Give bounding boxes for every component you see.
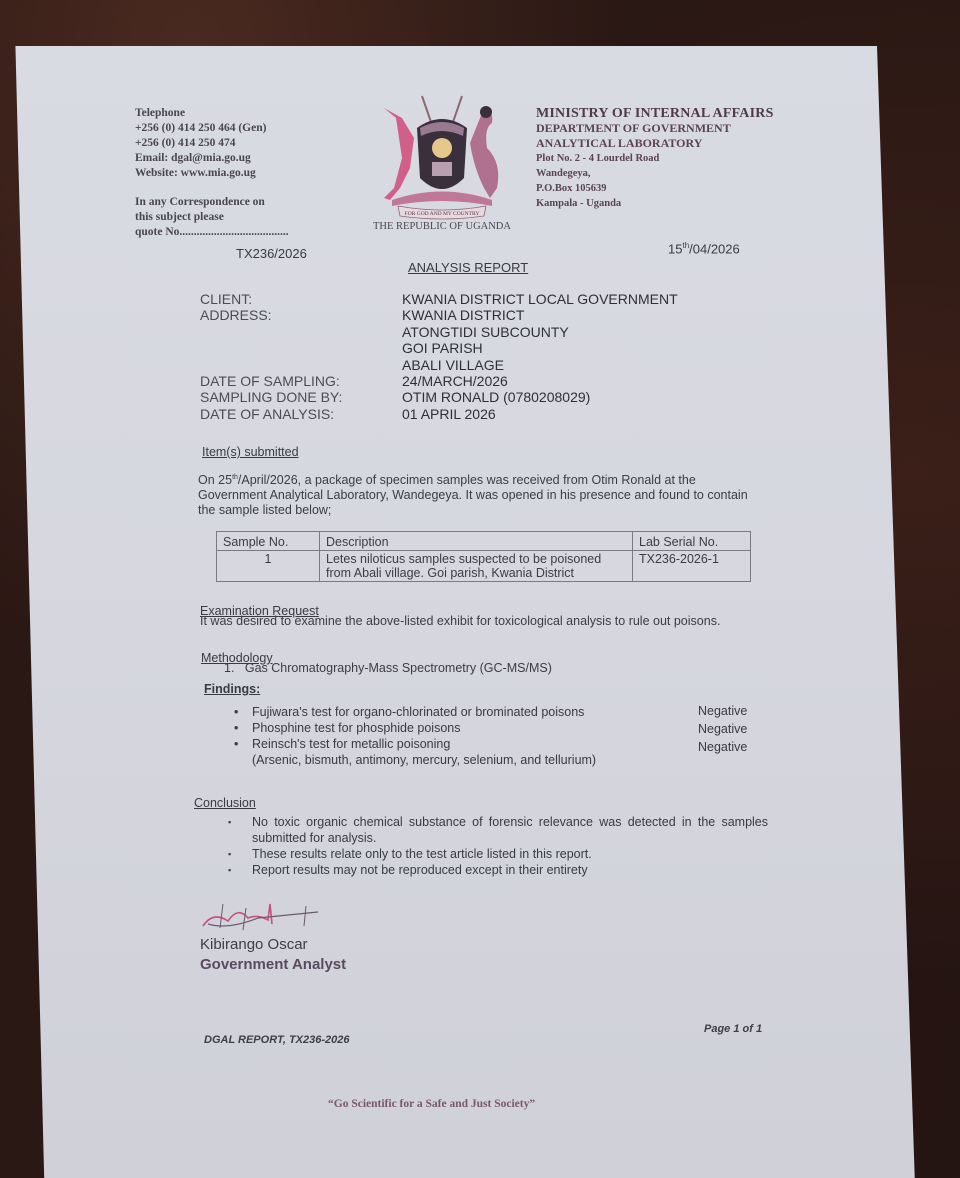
samples-table: Sample No. Description Lab Serial No. 1 … [216,531,751,582]
contact-block: Telephone +256 (0) 414 250 464 (Gen) +25… [135,106,289,240]
coat-of-arms-icon: FOR GOD AND MY COUNTRY [362,88,522,228]
ministry-name: MINISTRY OF INTERNAL AFFAIRS [536,106,774,121]
list-item: ▪Report results may not be reproduced ex… [228,862,768,878]
address-line: P.O.Box 105639 [536,181,774,196]
client-info: CLIENT:KWANIA DISTRICT LOCAL GOVERNMENTA… [200,291,678,422]
list-item-note: (Arsenic, bismuth, antimony, mercury, se… [234,752,764,768]
website: Website: www.mia.go.ug [135,166,289,181]
telephone-label: Telephone [135,106,289,121]
info-row: CLIENT:KWANIA DISTRICT LOCAL GOVERNMENT [200,291,678,307]
phone-general: +256 (0) 414 250 464 (Gen) [135,121,289,136]
info-row: ADDRESS:KWANIA DISTRICT [200,307,678,323]
phone-alt: +256 (0) 414 250 474 [135,136,289,151]
footer-report-id: DGAL REPORT, TX236-2026 [204,1034,350,1046]
result-badge: Negative [698,738,747,756]
findings-results: Negative Negative Negative [698,702,747,756]
field-value: KWANIA DISTRICT LOCAL GOVERNMENT [402,291,678,307]
page-number: Page 1 of 1 [704,1023,762,1035]
sample-description: Letes niloticus samples suspected to be … [320,551,633,582]
field-label [200,357,402,373]
info-row: ATONGTIDI SUBCOUNTY [200,324,678,340]
findings-heading: Findings: [204,682,260,696]
table-header: Sample No. [217,532,320,551]
field-label: ADDRESS: [200,307,402,323]
result-badge: Negative [698,702,747,720]
sample-number: 1 [217,551,320,582]
signature-icon [198,896,328,936]
ministry-block: MINISTRY OF INTERNAL AFFAIRS DEPARTMENT … [536,106,774,211]
conclusion-list: ▪No toxic organic chemical substance of … [228,814,768,878]
field-label [200,324,402,340]
correspondence-note: In any Correspondence on [135,195,289,210]
address-line: Wandegeya, [536,166,774,181]
field-label: DATE OF ANALYSIS: [200,406,402,422]
field-value: ABALI VILLAGE [402,357,504,373]
info-row: GOI PARISH [200,340,678,356]
methodology-item: 1. Gas Chromatography-Mass Spectrometry … [224,661,552,676]
email: Email: dgal@mia.go.ug [135,151,289,166]
items-paragraph: On 25th/April/2026, a package of specime… [198,470,758,518]
lab-serial: TX236-2026-1 [633,551,751,582]
info-row: DATE OF ANALYSIS:01 APRIL 2026 [200,406,678,422]
report-title: ANALYSIS REPORT [408,260,528,275]
signatory-role: Government Analyst [200,956,346,973]
findings-list: •Fujiwara's test for organo-chlorinated … [234,704,764,768]
conclusion-heading: Conclusion [194,796,256,810]
report-page: Telephone +256 (0) 414 250 464 (Gen) +25… [10,46,915,1178]
field-label: CLIENT: [200,291,402,307]
list-item: •Phosphine test for phosphide poisons [234,720,764,736]
info-row: SAMPLING DONE BY:OTIM RONALD (0780208029… [200,389,678,405]
correspondence-note: this subject please [135,210,289,225]
report-date: 15th/04/2026 [668,241,740,256]
field-value: OTIM RONALD (0780208029) [402,389,590,405]
table-header: Lab Serial No. [633,532,751,551]
info-row: ABALI VILLAGE [200,357,678,373]
table-header: Description [320,532,633,551]
footer-motto: “Go Scientific for a Safe and Just Socie… [328,1098,535,1110]
list-item: ▪These results relate only to the test a… [228,846,768,862]
address-line: Kampala - Uganda [536,196,774,211]
field-label [200,340,402,356]
items-heading: Item(s) submitted [202,445,299,459]
list-item: •Fujiwara's test for organo-chlorinated … [234,704,764,720]
republic-caption: THE REPUBLIC OF UGANDA [362,221,522,232]
field-label: DATE OF SAMPLING: [200,373,402,389]
reference-number: TX236/2026 [236,246,307,261]
correspondence-note: quote No................................… [135,225,289,240]
svg-text:FOR GOD AND MY COUNTRY: FOR GOD AND MY COUNTRY [405,211,480,217]
department-name: DEPARTMENT OF GOVERNMENT [536,121,774,136]
field-value: 01 APRIL 2026 [402,406,496,422]
exam-text: It was desired to examine the above-list… [200,614,720,629]
table-row: 1 Letes niloticus samples suspected to b… [217,551,751,582]
info-row: DATE OF SAMPLING:24/MARCH/2026 [200,373,678,389]
result-badge: Negative [698,720,747,738]
field-value: ATONGTIDI SUBCOUNTY [402,324,569,340]
list-item: •Reinsch's test for metallic poisoning [234,736,764,752]
address-line: Plot No. 2 - 4 Lourdel Road [536,151,774,166]
field-value: KWANIA DISTRICT [402,307,524,323]
signatory-name: Kibirango Oscar [200,936,308,953]
field-value: GOI PARISH [402,340,483,356]
field-label: SAMPLING DONE BY: [200,389,402,405]
list-item: ▪No toxic organic chemical substance of … [228,814,768,846]
field-value: 24/MARCH/2026 [402,373,508,389]
department-name: ANALYTICAL LABORATORY [536,136,774,151]
